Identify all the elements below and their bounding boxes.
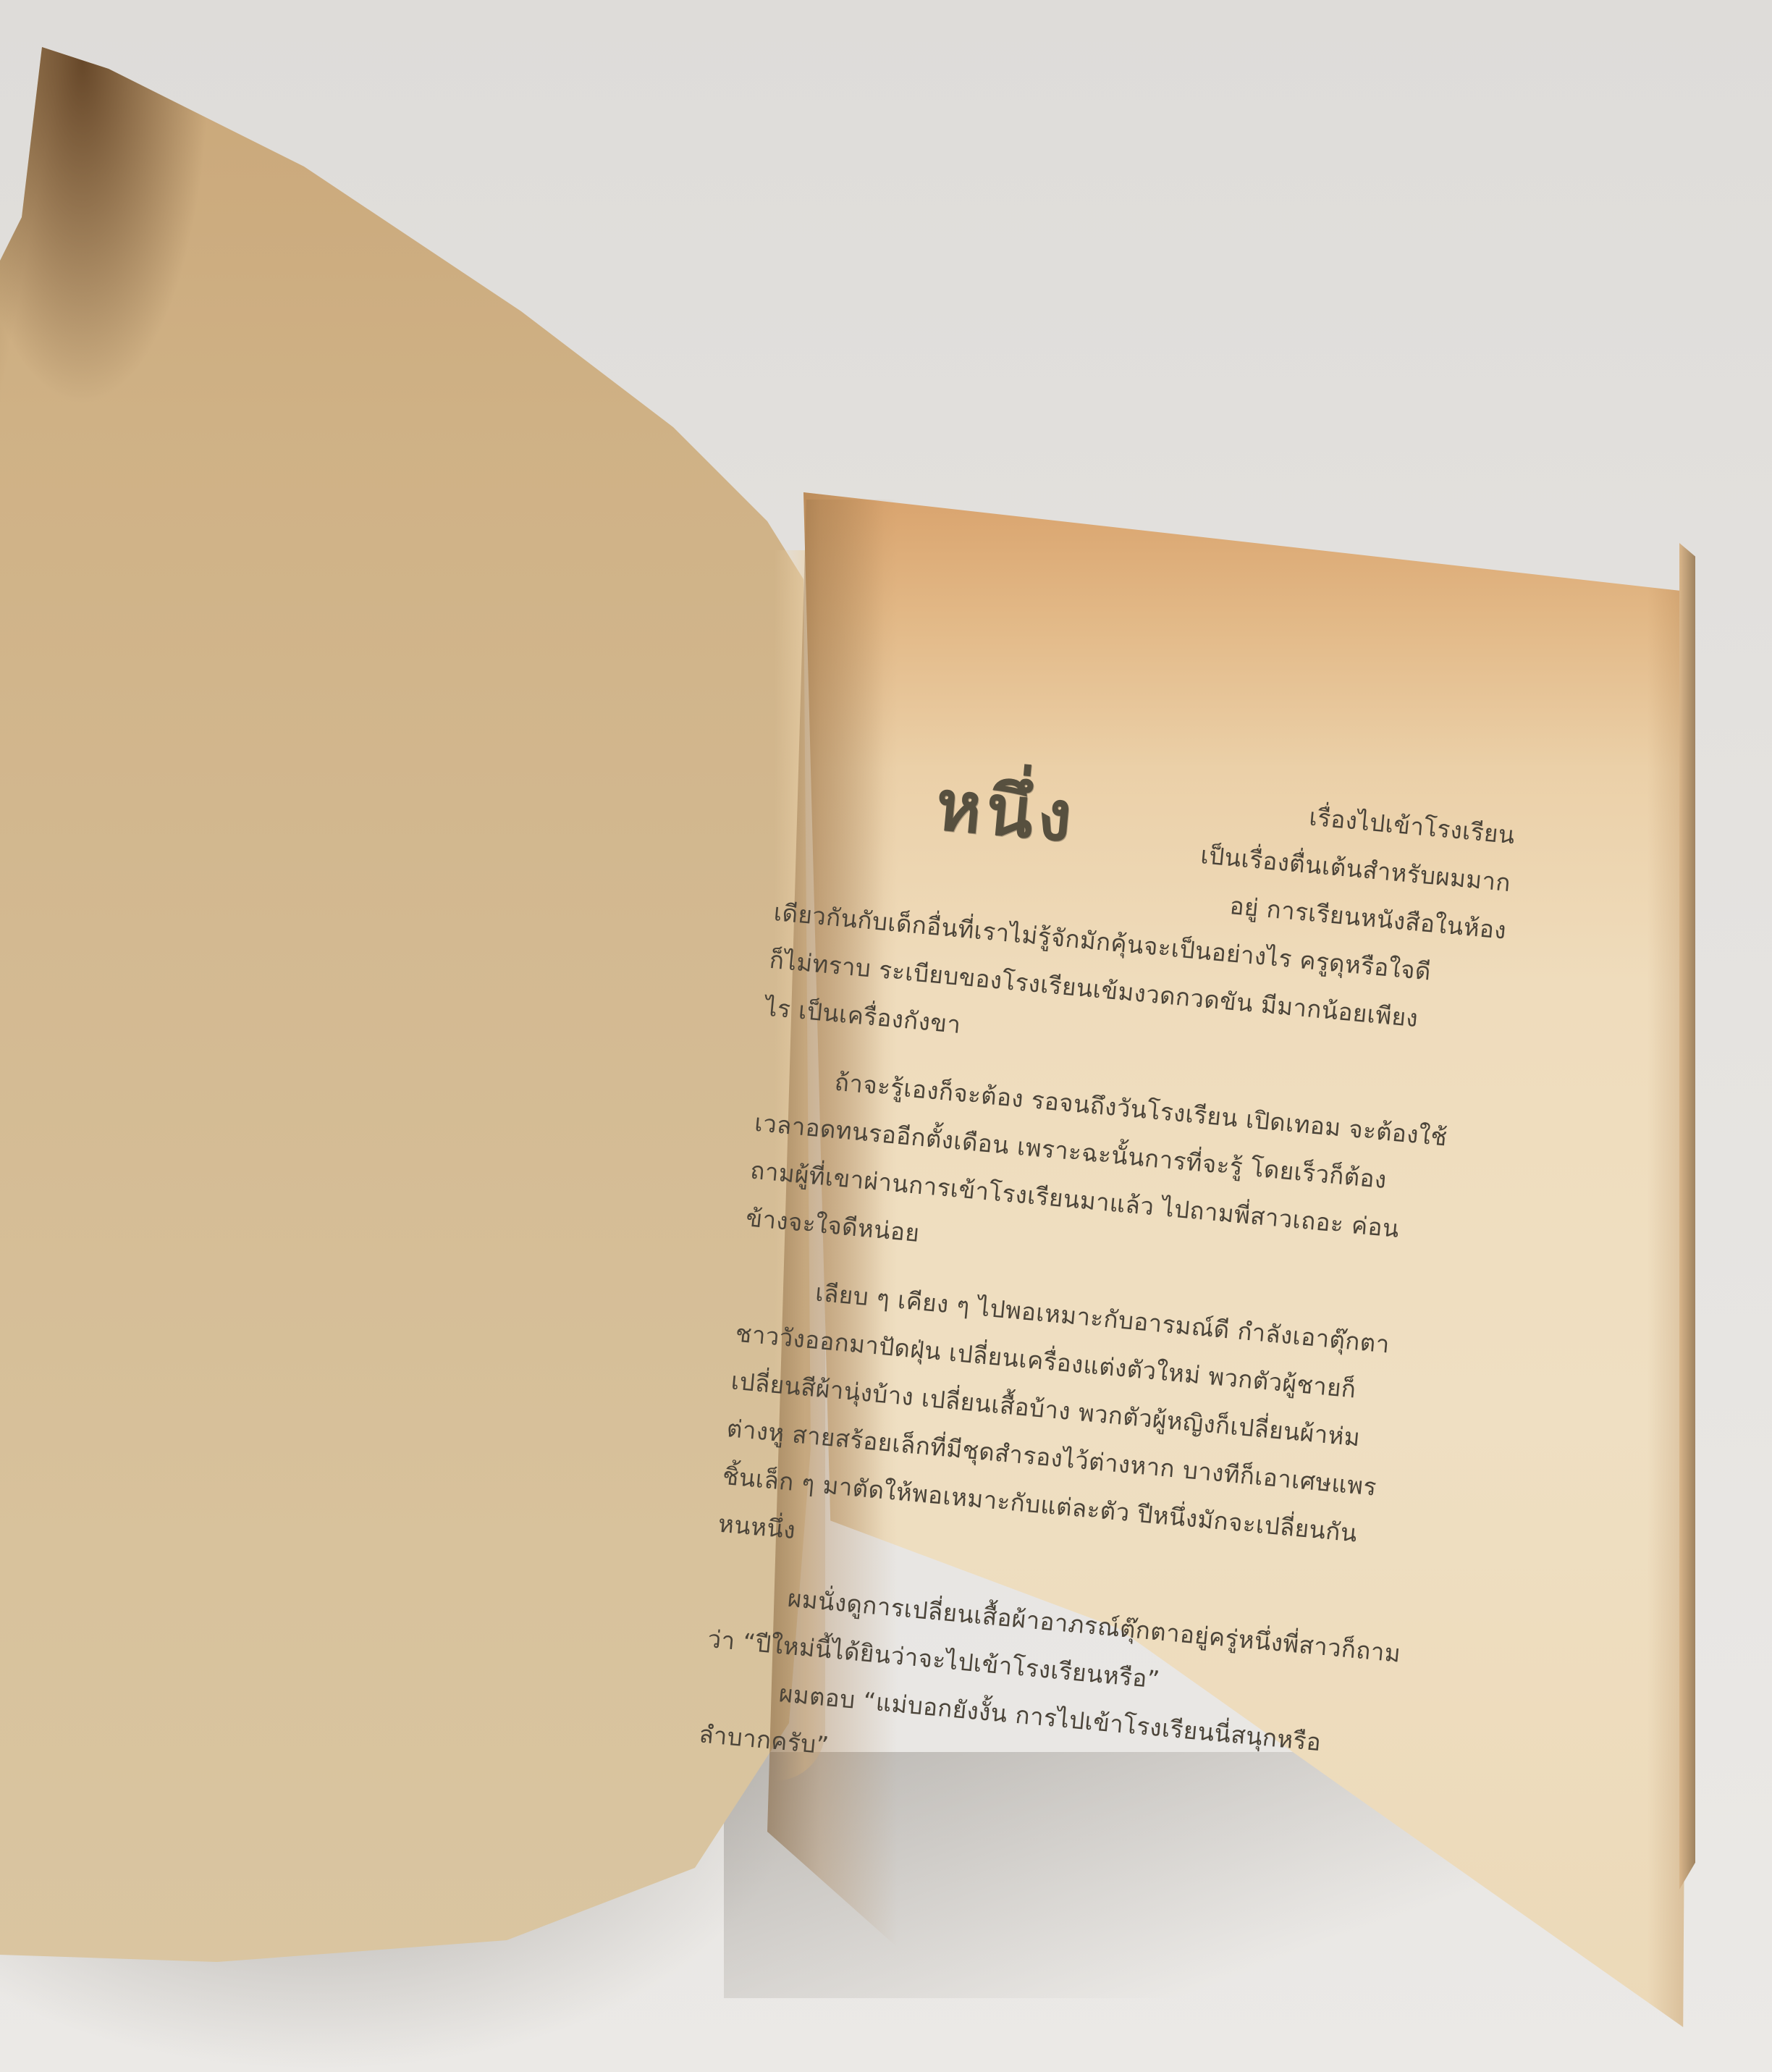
page-text: หนึ่ง เรื่องไปเข้าโรงเรียน เป็นเรื่องตื่… [697, 746, 1524, 1825]
paragraph-2: ถ้าจะรู้เองก็จะต้อง รอจนถึงวันโรงเรียน เ… [744, 1051, 1497, 1308]
left-page-blank [0, 0, 825, 2072]
chapter-title: หนึ่ง [934, 781, 1078, 841]
photo-scene: หนึ่ง เรื่องไปเข้าโรงเรียน เป็นเรื่องตื่… [0, 0, 1772, 2072]
page-block-edge [1679, 543, 1695, 1890]
paragraph-3: เลียบ ๆ เคียง ๆ ไปพอเหมาะกับอารมณ์ดี กำล… [716, 1262, 1477, 1614]
